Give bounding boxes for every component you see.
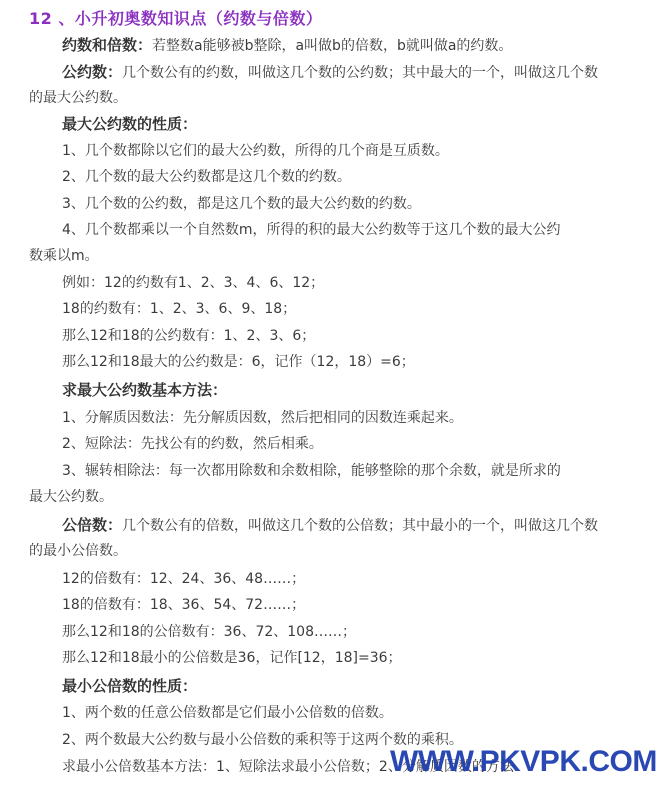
article-title: 12 、小升初奥数知识点（约数与倍数） <box>29 6 322 29</box>
gcd-property-item: 1、几个数都除以它们的最大公约数，所得的几个商是互质数。 <box>62 141 449 161</box>
gcd-method-item: 3、辗转相除法：每一次都用除数和余数相除，能够整除的那个余数，就是所求的 <box>62 461 561 481</box>
gcd-example-line: 18的约数有：1、2、3、6、9、18； <box>62 299 296 319</box>
gcd-property-item: 3、几个数的公约数，都是这几个数的最大公约数的约数。 <box>62 194 421 214</box>
term-label: 公倍数： <box>62 516 122 534</box>
gcd-property-item: 2、几个数的最大公约数都是这几个数的约数。 <box>62 167 351 187</box>
gcd-method-item-cont: 最大公约数。 <box>29 487 113 507</box>
gcd-methods-heading: 求最大公约数基本方法： <box>62 380 227 400</box>
gcd-example-line: 那么12和18的公约数有：1、2、3、6； <box>62 326 315 346</box>
gcd-method-item: 1、分解质因数法：先分解质因数，然后把相同的因数连乘起来。 <box>62 408 463 428</box>
gcd-properties-heading: 最大公约数的性质： <box>62 114 197 134</box>
gcd-property-item: 4、几个数都乘以一个自然数m，所得的积的最大公约数等于这几个数的最大公约 <box>62 220 561 240</box>
lcm-example-line: 那么12和18的公倍数有：36、72、108……； <box>62 622 356 642</box>
gcd-example-line: 那么12和18最大的公约数是：6，记作（12，18）=6； <box>62 352 415 372</box>
definition-text: 几个数公有的约数，叫做这几个数的公约数；其中最大的一个，叫做这几个数 <box>122 65 598 81</box>
site-watermark: WWW.PKVPK.COM <box>390 745 657 779</box>
gcd-method-item: 2、短除法：先找公有的约数，然后相乘。 <box>62 434 323 454</box>
divisor-multiple-definition: 约数和倍数：若整数a能够被b整除，a叫做b的倍数，b就叫做a的约数。 <box>62 35 512 56</box>
lcm-example-line: 那么12和18最小的公倍数是36，记作[12，18]=36； <box>62 648 402 668</box>
common-multiple-definition-cont: 的最小公倍数。 <box>29 541 127 561</box>
common-divisor-definition-cont: 的最大公约数。 <box>29 88 127 108</box>
lcm-property-item: 1、两个数的任意公倍数都是它们最小公倍数的倍数。 <box>62 703 393 723</box>
gcd-property-item-cont: 数乘以m。 <box>29 246 99 266</box>
definition-text: 几个数公有的倍数，叫做这几个数的公倍数；其中最小的一个，叫做这几个数 <box>122 518 598 534</box>
common-divisor-definition: 公约数：几个数公有的约数，叫做这几个数的公约数；其中最大的一个，叫做这几个数 <box>62 62 598 83</box>
lcm-properties-heading: 最小公倍数的性质： <box>62 676 197 696</box>
definition-text: 若整数a能够被b整除，a叫做b的倍数，b就叫做a的约数。 <box>152 38 512 54</box>
term-label: 公约数： <box>62 63 122 81</box>
lcm-example-line: 12的倍数有：12、24、36、48……； <box>62 569 305 589</box>
gcd-example-line: 例如：12的约数有1、2、3、4、6、12； <box>62 273 324 293</box>
lcm-example-line: 18的倍数有：18、36、54、72……； <box>62 595 305 615</box>
common-multiple-definition: 公倍数：几个数公有的倍数，叫做这几个数的公倍数；其中最小的一个，叫做这几个数 <box>62 515 598 536</box>
term-label: 约数和倍数： <box>62 36 152 54</box>
